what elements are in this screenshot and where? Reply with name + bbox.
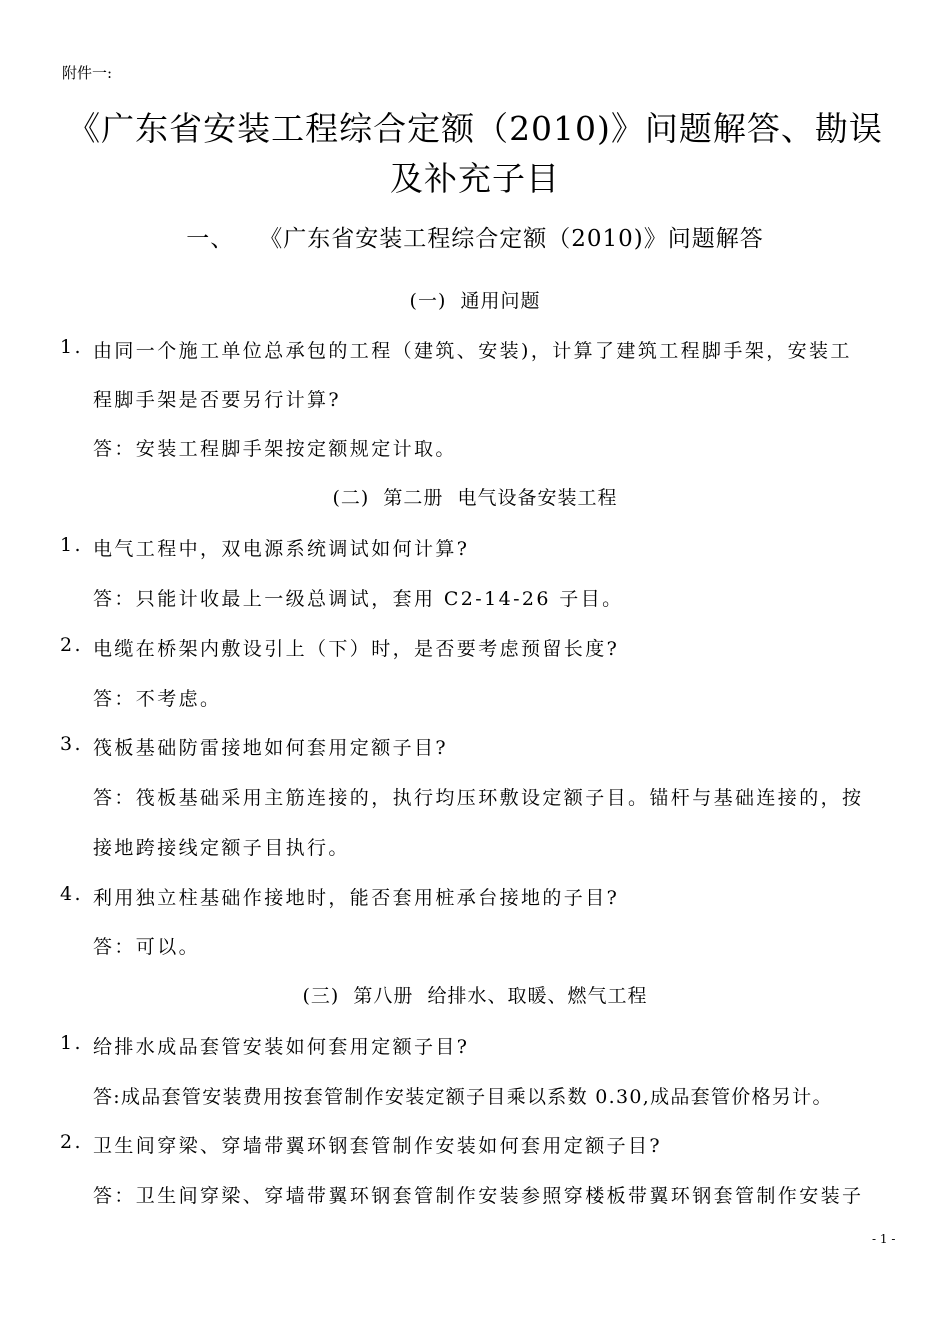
question-number: 3. [60,733,83,755]
attachment-label: 附件一: [62,62,112,83]
subsection-heading-general: (一) 通用问题 [0,286,950,313]
question-number: 1. [60,336,83,358]
subsection-heading-plumbing: (三) 第八册 给排水、取暖、燃气工程 [0,981,950,1008]
document-title-line1: 《广东省安装工程综合定额（2010)》问题解答、勘误 [0,103,950,150]
question-number: 2. [60,634,83,656]
question-text: 由同一个施工单位总承包的工程（建筑、安装)，计算了建筑工程脚手架，安装工 [93,336,852,363]
question-text: 卫生间穿梁、穿墙带翼环钢套管制作安装如何套用定额子目? [93,1131,662,1158]
question-number: 1. [60,534,83,556]
question-text: 利用独立柱基础作接地时，能否套用桩承台接地的子目? [93,883,619,910]
answer-text: 答：不考虑。 [93,684,221,711]
answer-text: 答：安装工程脚手架按定额规定计取。 [93,434,457,461]
question-number: 4. [60,883,83,905]
answer-text: 答:成品套管安装费用按套管制作安装定额子目乘以系数 0.30,成品套管价格另计。 [93,1082,833,1109]
answer-text: 答：只能计收最上一级总调试，套用 C2-14-26 子目。 [93,584,624,611]
answer-text: 答：筏板基础采用主筋连接的，执行均压环敷设定额子目。锚杆与基础连接的，按 [93,783,863,810]
question-number: 2. [60,1131,83,1153]
document-title-line2: 及补充子目 [0,153,950,200]
question-text: 电缆在桥架内敷设引上（下）时，是否要考虑预留长度? [93,634,619,661]
question-text: 给排水成品套管安装如何套用定额子目? [93,1032,469,1059]
subsection-heading-electrical: (二) 第二册 电气设备安装工程 [0,483,950,510]
answer-text: 答：可以。 [93,932,200,959]
question-number: 1. [60,1032,83,1054]
question-text: 电气工程中，双电源系统调试如何计算? [93,534,469,561]
question-text-cont: 程脚手架是否要另行计算? [93,385,341,412]
answer-text-cont: 接地跨接线定额子目执行。 [93,833,350,860]
section-heading: 一、 《广东省安装工程综合定额（2010)》问题解答 [0,220,950,253]
page-number: - 1 - [872,1232,895,1246]
question-text: 筏板基础防雷接地如何套用定额子目? [93,733,448,760]
answer-text: 答：卫生间穿梁、穿墙带翼环钢套管制作安装参照穿楼板带翼环钢套管制作安装子 [93,1181,863,1208]
